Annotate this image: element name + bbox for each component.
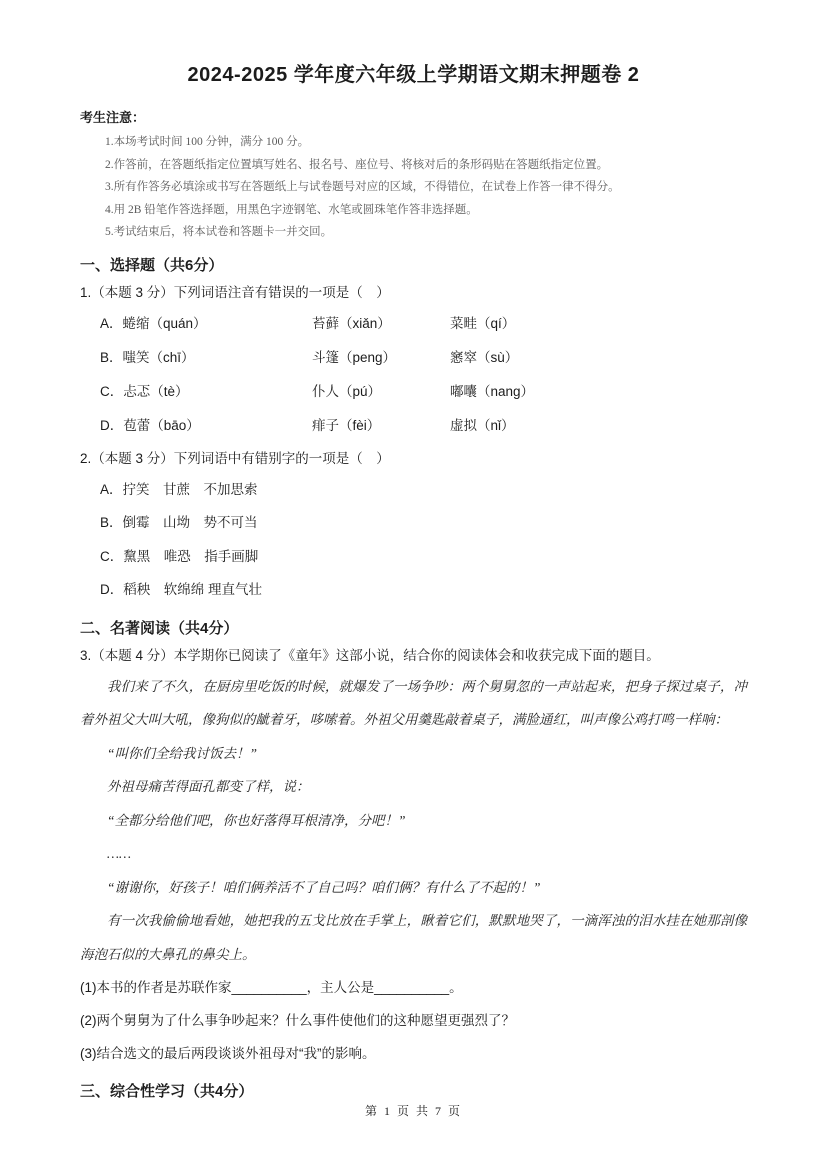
page-title: 2024-2025 学年度六年级上学期语文期末押题卷 2 <box>80 58 747 87</box>
q1-option-d-word3: 虚拟（nǐ） <box>450 409 747 443</box>
excerpt-paragraph: …… <box>80 837 747 871</box>
q1-option-d-word1: D．苞蕾（bāo） <box>100 409 312 443</box>
q2-option-c: C．黧黑 唯恐 指手画脚 <box>80 540 747 574</box>
novel-excerpt: 我们来了不久，在厨房里吃饭的时候，就爆发了一场争吵：两个舅舅忽的一声站起来，把身… <box>80 670 747 972</box>
q1-option-d-word2: 痱子（fèi） <box>312 409 450 443</box>
notice-item: 4.用 2B 铅笔作答选择题，用黑色字迹钢笔、水笔或圆珠笔作答非选择题。 <box>80 199 747 222</box>
q1-option-c-word3: 嘟囔（nang） <box>450 375 747 409</box>
q1-option-b-word2: 斗篷（peng） <box>312 341 450 375</box>
q1-option-b-word3: 窸窣（sù） <box>450 341 747 375</box>
candidate-notice: 考生注意： 1.本场考试时间 100 分钟，满分 100 分。 2.作答前，在答… <box>80 107 747 244</box>
q1-option-a-word1: A．蜷缩（quán） <box>100 307 312 341</box>
q3-subquestion-3: (3)结合选文的最后两段谈谈外祖母对“我”的影响。 <box>80 1037 747 1070</box>
excerpt-paragraph: 外祖母痛苦得面孔都变了样，说： <box>80 770 747 804</box>
notice-item: 1.本场考试时间 100 分钟，满分 100 分。 <box>80 131 747 154</box>
q2-option-d: D．稻秧 软绵绵 理直气壮 <box>80 573 747 607</box>
page-footer: 第 1 页 共 7 页 <box>0 1102 827 1119</box>
q1-option-c-word1: C．忐忑（tè） <box>100 375 312 409</box>
section-reading-heading: 二、名著阅读（共4分） <box>80 617 747 638</box>
q1-option-c-word2: 仆人（pú） <box>312 375 450 409</box>
section-choice-heading: 一、选择题（共6分） <box>80 254 747 275</box>
notice-item: 5.考试结束后，将本试卷和答题卡一并交回。 <box>80 221 747 244</box>
question-1-stem: 1.（本题 3 分）下列词语注音有错误的一项是（ ） <box>80 281 747 305</box>
exam-page: 2024-2025 学年度六年级上学期语文期末押题卷 2 考生注意： 1.本场考… <box>0 0 827 1169</box>
q1-option-a-word3: 菜畦（qí） <box>450 307 747 341</box>
excerpt-paragraph: “谢谢你，好孩子！咱们俩养活不了自己吗？咱们俩？有什么了不起的！” <box>80 871 747 905</box>
q2-option-b: B．倒霉 山坳 势不可当 <box>80 506 747 540</box>
q2-option-a: A．拧笑 甘蔗 不加思索 <box>80 473 747 507</box>
notice-item: 3.所有作答务必填涂或书写在答题纸上与试卷题号对应的区域，不得错位，在试卷上作答… <box>80 176 747 199</box>
q1-option-a-word2: 苔藓（xiǎn） <box>312 307 450 341</box>
excerpt-paragraph: “全都分给他们吧，你也好落得耳根清净，分吧！” <box>80 804 747 838</box>
excerpt-paragraph: 我们来了不久，在厨房里吃饭的时候，就爆发了一场争吵：两个舅舅忽的一声站起来，把身… <box>80 670 747 737</box>
q1-option-b-word1: B．嗤笑（chī） <box>100 341 312 375</box>
question-3-stem: 3.（本题 4 分）本学期你已阅读了《童年》这部小说，结合你的阅读体会和收获完成… <box>80 644 747 668</box>
notice-heading: 考生注意： <box>80 107 747 126</box>
q3-subquestion-2: (2)两个舅舅为了什么事争吵起来？什么事件使他们的这种愿望更强烈了？ <box>80 1004 747 1037</box>
section-comprehensive-heading: 三、综合性学习（共4分） <box>80 1080 747 1101</box>
question-2-stem: 2.（本题 3 分）下列词语中有错别字的一项是（ ） <box>80 447 747 471</box>
excerpt-paragraph: 有一次我偷偷地看她，她把我的五戈比放在手掌上，瞅着它们，默默地哭了，一滴浑浊的泪… <box>80 904 747 971</box>
notice-item: 2.作答前，在答题纸指定位置填写姓名、报名号、座位号、将核对后的条形码贴在答题纸… <box>80 154 747 177</box>
excerpt-paragraph: “叫你们全给我讨饭去！” <box>80 737 747 771</box>
question-1-options: A．蜷缩（quán） 苔藓（xiǎn） 菜畦（qí） B．嗤笑（chī） 斗篷（… <box>80 307 747 443</box>
q3-subquestion-1: (1)本书的作者是苏联作家__________，主人公是__________。 <box>80 971 747 1004</box>
